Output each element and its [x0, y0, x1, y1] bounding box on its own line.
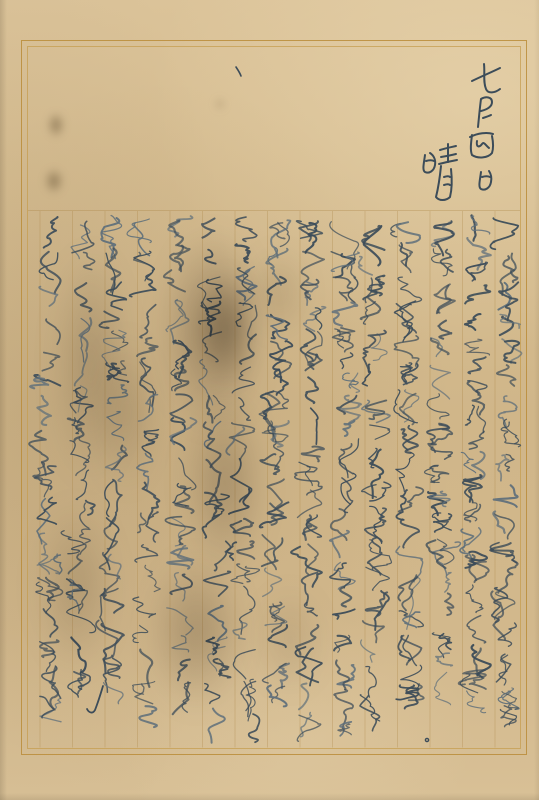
weather-char-clear: [423, 144, 457, 200]
stray-ink-tick: [236, 67, 241, 76]
column-end-hook: [87, 686, 103, 713]
header-layer: [0, 0, 539, 800]
date-char-month: [478, 97, 492, 127]
foxing-spot: [215, 98, 225, 110]
header-date: [470, 64, 500, 190]
date-char-day: [479, 171, 491, 190]
date-char-four: [470, 133, 493, 157]
foxing-spot: [44, 168, 64, 194]
date-char-seven: [472, 64, 500, 92]
diary-page-scan: [0, 0, 539, 800]
full-stop-mark: [425, 738, 428, 741]
foxing-spot: [47, 112, 65, 138]
